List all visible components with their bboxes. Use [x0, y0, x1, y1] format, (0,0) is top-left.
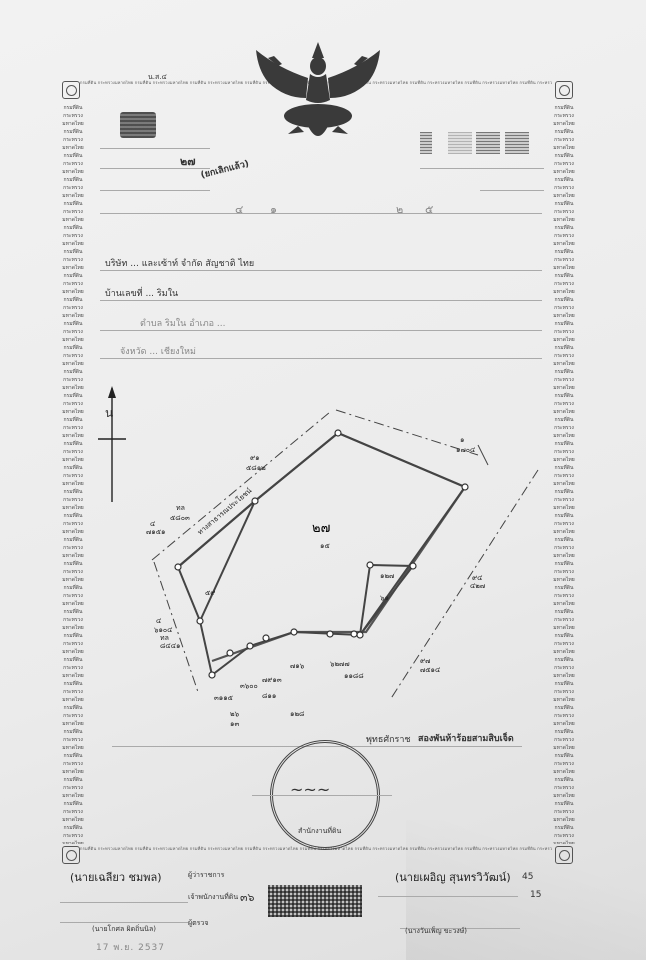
svg-text:๙๗: ๙๗: [420, 657, 430, 665]
border-corner-ornament-bl: [62, 846, 80, 864]
left-role-mid: เจ้าพนักงานที่ดิน: [188, 892, 238, 903]
row-number: ๒: [396, 200, 403, 218]
svg-text:๓๖๐๐: ๓๖๐๐: [240, 682, 258, 690]
svg-text:๑: ๑: [460, 436, 464, 444]
field-underline: [420, 168, 544, 169]
field-underline: [60, 902, 188, 903]
svg-text:๖๑: ๖๑: [380, 594, 389, 602]
security-pattern-block: [268, 885, 362, 917]
left-date-stamp: 17 พ.ย. 2537: [96, 940, 165, 954]
right-number-1: 45: [522, 872, 533, 882]
top-left-note: น.ส.๔: [148, 72, 167, 83]
field-underline: [100, 330, 542, 331]
svg-text:๑๓: ๑๓: [230, 720, 239, 728]
header-block-mark: [476, 132, 500, 154]
row-number: ๕: [425, 200, 433, 218]
survey-map: ทางสาธารณประโยชน์ ๒๗ ๑๕ ๙๑๕๘๑๒ ๑๑๗๐๔ ทล๕…: [90, 370, 560, 740]
svg-text:๕๘๑๒: ๕๘๑๒: [246, 464, 266, 472]
owner-line-2: บ้านเลขที่ ... ริมใน: [105, 286, 178, 300]
field-underline: [480, 190, 544, 191]
left-signature-name: (นายเฉลียว ชมพล): [70, 868, 162, 886]
parcel-label: ๒๗: [312, 521, 330, 536]
svg-text:ทล: ทล: [160, 634, 169, 642]
svg-text:ทล: ทล: [176, 504, 185, 512]
svg-text:๑๕: ๑๕: [320, 542, 330, 550]
header-number-left: ๒๗: [180, 152, 196, 170]
svg-text:๘๑๑: ๘๑๑: [262, 692, 276, 700]
field-underline: [100, 270, 542, 271]
svg-text:๗๑๕๑: ๗๑๕๑: [146, 528, 165, 536]
row-number: ๔: [235, 200, 243, 218]
date-prefix: พุทธศักราช: [366, 732, 411, 746]
svg-text:๔: ๔: [150, 520, 155, 528]
border-corner-ornament-br: [555, 846, 573, 864]
svg-text:๕๘๐๓: ๕๘๐๓: [170, 514, 190, 522]
left-role-top: ผู้ว่าราชการ: [188, 870, 224, 881]
middle-number: ๓๖: [240, 888, 255, 906]
field-underline: [252, 795, 392, 796]
header-block-mark: [448, 132, 472, 154]
field-underline: [378, 896, 518, 897]
border-corner-ornament-tl: [62, 81, 80, 99]
svg-text:๖๑๐๔: ๖๑๐๔: [154, 626, 172, 634]
owner-line-3: ตำบล ริมใน อำเภอ ...: [140, 316, 225, 330]
svg-text:๙๔: ๙๔: [472, 574, 482, 582]
seal-text: สำนักงานที่ดิน: [298, 826, 341, 837]
owner-line-1: บริษัท ... และเซ้าท์ จำกัด สัญชาติ ไทย: [105, 256, 254, 270]
svg-text:๗๕๑๔: ๗๕๑๔: [420, 666, 440, 674]
border-corner-ornament-tr: [555, 81, 573, 99]
field-underline: [60, 922, 188, 923]
owner-line-4: จังหวัด ... เชียงใหม่: [120, 344, 196, 358]
svg-text:๑๗๐๔: ๑๗๐๔: [456, 446, 475, 454]
official-signature: ~~~: [290, 780, 330, 799]
garuda-emblem-icon: [248, 40, 388, 146]
field-underline: [100, 300, 542, 301]
paper-fold-shadow: [406, 820, 646, 960]
svg-text:๗๑๖: ๗๑๖: [290, 662, 305, 670]
header-stamp-mark: [120, 112, 156, 138]
right-signature-name: (นายเผอิญ สุนทรวิวัฒน์): [395, 868, 511, 886]
row-number: ๑: [270, 200, 277, 218]
svg-text:๔๒๗: ๔๒๗: [470, 582, 485, 590]
left-role-bottom: ผู้ตรวจ: [188, 918, 208, 929]
svg-text:๒๖: ๒๖: [230, 710, 240, 718]
field-underline: [100, 358, 542, 359]
svg-text:๗๙๑๓: ๗๙๑๓: [262, 676, 282, 684]
left-printed-name: (นายโกศล ผิดถิ่นนิล): [92, 924, 156, 935]
svg-text:๑๒๗: ๑๒๗: [380, 572, 394, 580]
field-underline: [100, 148, 210, 149]
svg-text:๑๒๘: ๑๒๘: [290, 710, 304, 718]
date-value: สองพันห้าร้อยสามสิบเจ็ด: [418, 731, 514, 745]
header-block-mark: [505, 132, 529, 154]
border-left-text: กรมที่ดิน กระทรวงมหาดไทย กรมที่ดิน กระทร…: [62, 104, 84, 844]
svg-text:๖๒๗๗: ๖๒๗๗: [330, 660, 350, 668]
svg-text:๓๑๑๕: ๓๑๑๕: [214, 694, 233, 702]
svg-text:๘๔๔๑: ๘๔๔๑: [160, 642, 180, 650]
svg-text:๙๑: ๙๑: [250, 454, 260, 462]
right-number-2: 15: [530, 890, 541, 900]
field-underline: [100, 213, 542, 214]
header-block-mark: [420, 132, 432, 154]
svg-text:๕๙: ๕๙: [205, 589, 215, 597]
right-printed-name: (นางวันเพ็ญ ขะวงษ์): [405, 926, 467, 937]
svg-text:๔: ๔: [156, 617, 161, 625]
svg-text:๑๑๘๘: ๑๑๘๘: [344, 672, 364, 680]
field-underline: [100, 190, 210, 191]
